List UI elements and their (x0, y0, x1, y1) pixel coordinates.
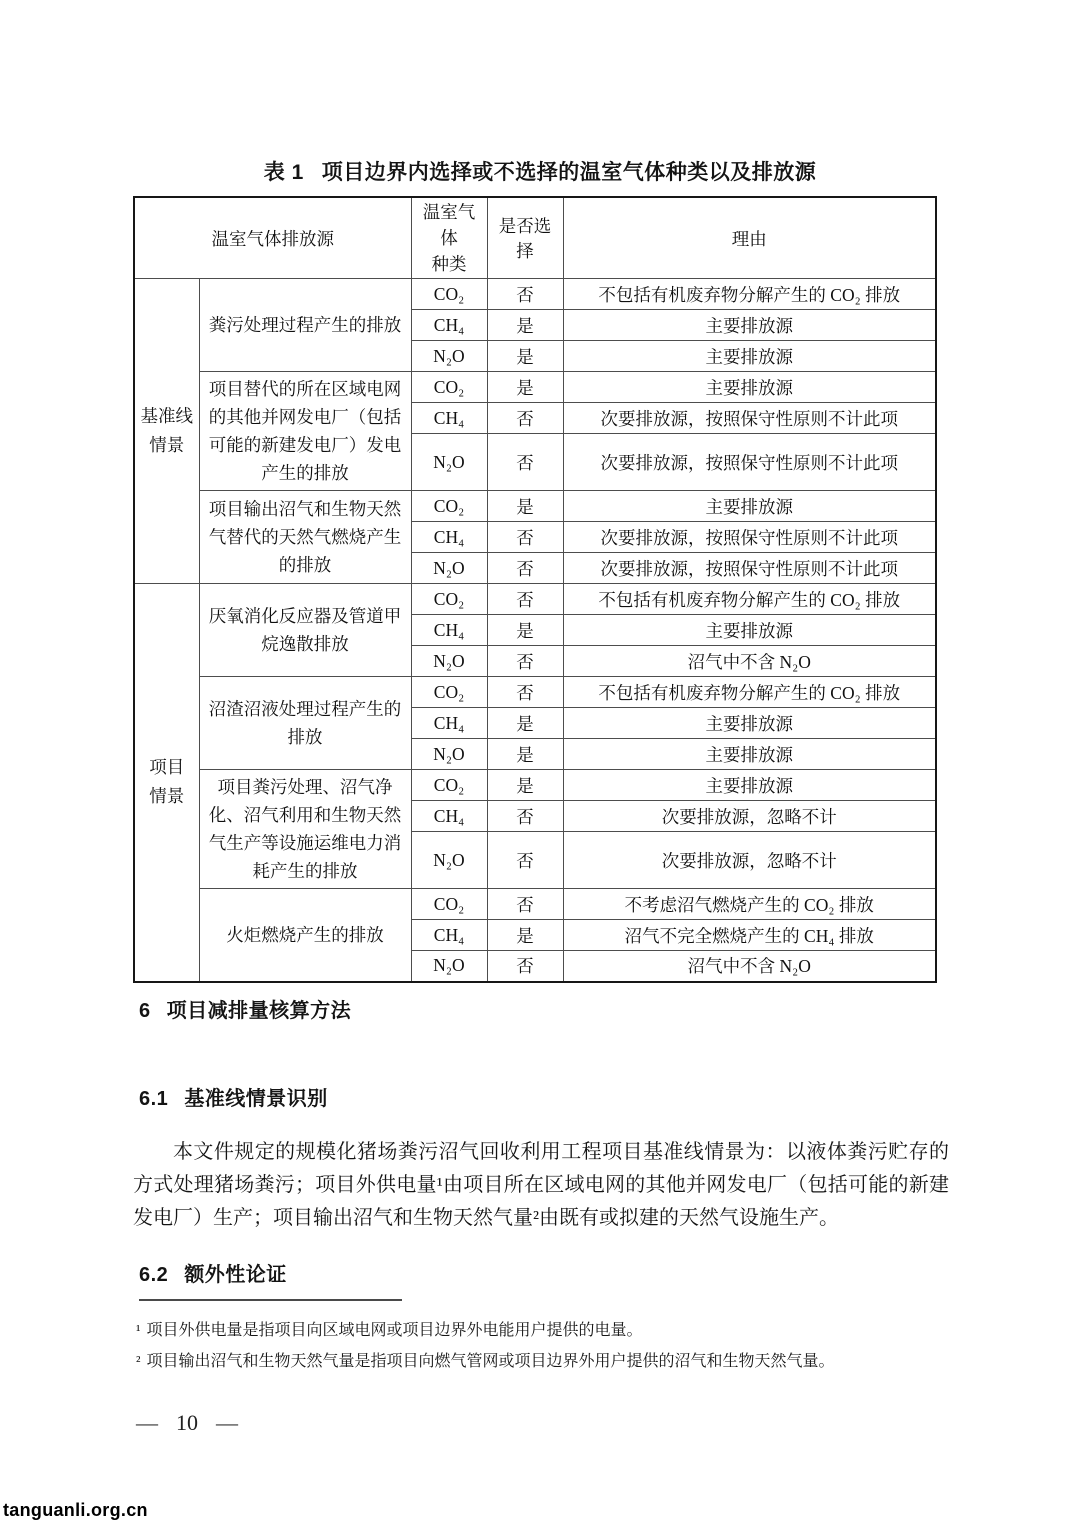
page-number-dash-right: — (216, 1410, 238, 1435)
watermark-site-url: tanguanli.org.cn (3, 1500, 148, 1521)
reason-cell: 次要排放源，按照保守性原则不计此项 (563, 522, 936, 553)
selected-cell: 否 (487, 403, 563, 434)
table-row: 项目 情景 厌氧消化反应器及管道甲烷逸散排放 CO₂ 否 不包括有机废弃物分解产… (134, 584, 936, 615)
source-cell: 项目替代的所在区域电网的其他并网发电厂（包括可能的新建发电厂）发电产生的排放 (199, 372, 411, 491)
footnote-marker: ¹ (136, 1323, 141, 1339)
gas-cell: N₂O (411, 434, 487, 491)
section-heading-6: 6项目减排量核算方法 (139, 994, 351, 1023)
reason-cell: 主要排放源 (563, 491, 936, 522)
gas-cell: CH₄ (411, 708, 487, 739)
col-header-reason: 理由 (563, 197, 936, 279)
selected-cell: 否 (487, 677, 563, 708)
selected-cell: 否 (487, 279, 563, 310)
table-caption-label: 表 1 (264, 161, 304, 184)
gas-cell: CH₄ (411, 920, 487, 951)
footnote-marker: ² (136, 1354, 141, 1370)
baseline-scenario-paragraph: 本文件规定的规模化猪场粪污沼气回收利用工程项目基准线情景为：以液体粪污贮存的方式… (133, 1136, 949, 1235)
page-number-dash-left: — (136, 1410, 158, 1435)
reason-cell: 主要排放源 (563, 372, 936, 403)
selected-cell: 否 (487, 584, 563, 615)
reason-cell: 次要排放源，按照保守性原则不计此项 (563, 403, 936, 434)
gas-cell: CH₄ (411, 801, 487, 832)
reason-cell: 主要排放源 (563, 708, 936, 739)
gas-cell: CO₂ (411, 372, 487, 403)
gas-cell: N₂O (411, 832, 487, 889)
reason-cell: 主要排放源 (563, 739, 936, 770)
reason-cell: 沼气中不含 N₂O (563, 646, 936, 677)
table-caption: 表 1项目边界内选择或不选择的温室气体种类以及排放源 (0, 156, 1080, 186)
reason-cell: 沼气不完全燃烧产生的 CH₄ 排放 (563, 920, 936, 951)
selected-cell: 是 (487, 708, 563, 739)
section-number: 6.1 (139, 1088, 168, 1110)
scenario-line: 基准线 (139, 402, 195, 431)
ghg-selection-table: 温室气体排放源 温室气体 种类 是否选择 理由 基准线 情景 粪污处理过程产生的… (133, 196, 937, 983)
reason-cell: 主要排放源 (563, 341, 936, 372)
table-row: 项目替代的所在区域电网的其他并网发电厂（包括可能的新建发电厂）发电产生的排放 C… (134, 372, 936, 403)
footnote-text: 项目输出沼气和生物天然气量是指项目向燃气管网或项目边界外用户提供的沼气和生物天然… (147, 1353, 835, 1370)
reason-cell: 主要排放源 (563, 770, 936, 801)
selected-cell: 是 (487, 770, 563, 801)
selected-cell: 是 (487, 341, 563, 372)
col-header-gas: 温室气体 种类 (411, 197, 487, 279)
gas-cell: CO₂ (411, 584, 487, 615)
table-row: 火炬燃烧产生的排放 CO₂ 否 不考虑沼气燃烧产生的 CO₂ 排放 (134, 889, 936, 920)
reason-cell: 次要排放源，按照保守性原则不计此项 (563, 553, 936, 584)
gas-cell: N₂O (411, 553, 487, 584)
selected-cell: 是 (487, 491, 563, 522)
gas-cell: N₂O (411, 951, 487, 982)
page-number-value: 10 (176, 1410, 198, 1435)
section-heading-6-1: 6.1基准线情景识别 (139, 1082, 328, 1111)
header-row: 温室气体排放源 温室气体 种类 是否选择 理由 (134, 197, 936, 279)
gas-cell: CH₄ (411, 615, 487, 646)
selected-cell: 否 (487, 801, 563, 832)
gas-cell: CH₄ (411, 522, 487, 553)
table-row: 项目粪污处理、沼气净化、沼气利用和生物天然气生产等设施运维电力消耗产生的排放 C… (134, 770, 936, 801)
reason-cell: 次要排放源，按照保守性原则不计此项 (563, 434, 936, 491)
footnote-divider (139, 1299, 402, 1301)
source-cell: 项目输出沼气和生物天然气替代的天然气燃烧产生的排放 (199, 491, 411, 584)
footnote-2: ²项目输出沼气和生物天然气量是指项目向燃气管网或项目边界外用户提供的沼气和生物天… (136, 1351, 936, 1373)
table-caption-text: 项目边界内选择或不选择的温室气体种类以及排放源 (322, 161, 817, 184)
selected-cell: 否 (487, 553, 563, 584)
scenario-cell-baseline: 基准线 情景 (134, 279, 199, 584)
gas-cell: CO₂ (411, 677, 487, 708)
selected-cell: 是 (487, 920, 563, 951)
scenario-line: 项目 (139, 753, 195, 782)
gas-cell: CO₂ (411, 491, 487, 522)
col-header-gas-line2: 种类 (416, 251, 483, 277)
reason-cell: 不包括有机废弃物分解产生的 CO₂ 排放 (563, 584, 936, 615)
scenario-line: 情景 (139, 782, 195, 811)
reason-cell: 次要排放源，忽略不计 (563, 801, 936, 832)
gas-cell: CH₄ (411, 310, 487, 341)
reason-cell: 不包括有机废弃物分解产生的 CO₂ 排放 (563, 279, 936, 310)
selected-cell: 是 (487, 372, 563, 403)
reason-cell: 不包括有机废弃物分解产生的 CO₂ 排放 (563, 677, 936, 708)
reason-cell: 主要排放源 (563, 310, 936, 341)
source-cell: 项目粪污处理、沼气净化、沼气利用和生物天然气生产等设施运维电力消耗产生的排放 (199, 770, 411, 889)
gas-cell: CH₄ (411, 403, 487, 434)
gas-cell: CO₂ (411, 279, 487, 310)
reason-cell: 主要排放源 (563, 615, 936, 646)
gas-cell: N₂O (411, 341, 487, 372)
col-header-gas-line1: 温室气体 (416, 199, 483, 251)
source-cell: 沼渣沼液处理过程产生的排放 (199, 677, 411, 770)
selected-cell: 否 (487, 889, 563, 920)
gas-cell: N₂O (411, 739, 487, 770)
footnote-1: ¹项目外供电量是指项目向区域电网或项目边界外电能用户提供的电量。 (136, 1320, 936, 1342)
table-row: 沼渣沼液处理过程产生的排放 CO₂ 否 不包括有机废弃物分解产生的 CO₂ 排放 (134, 677, 936, 708)
section-title: 项目减排量核算方法 (167, 1000, 352, 1022)
scenario-line: 情景 (139, 431, 195, 460)
table-row: 项目输出沼气和生物天然气替代的天然气燃烧产生的排放 CO₂ 是 主要排放源 (134, 491, 936, 522)
col-header-source: 温室气体排放源 (134, 197, 411, 279)
document-page: 表 1项目边界内选择或不选择的温室气体种类以及排放源 温室气体排放源 温室气体 … (0, 0, 1080, 1528)
source-cell: 粪污处理过程产生的排放 (199, 279, 411, 372)
selected-cell: 是 (487, 739, 563, 770)
col-header-selected: 是否选择 (487, 197, 563, 279)
gas-cell: CO₂ (411, 889, 487, 920)
source-cell: 火炬燃烧产生的排放 (199, 889, 411, 982)
section-number: 6.2 (139, 1264, 168, 1286)
selected-cell: 是 (487, 310, 563, 341)
selected-cell: 否 (487, 434, 563, 491)
gas-cell: N₂O (411, 646, 487, 677)
selected-cell: 是 (487, 615, 563, 646)
section-title: 基准线情景识别 (184, 1088, 328, 1110)
scenario-cell-project: 项目 情景 (134, 584, 199, 982)
selected-cell: 否 (487, 832, 563, 889)
selected-cell: 否 (487, 951, 563, 982)
ghg-table-wrapper: 温室气体排放源 温室气体 种类 是否选择 理由 基准线 情景 粪污处理过程产生的… (133, 196, 937, 983)
table-row: 基准线 情景 粪污处理过程产生的排放 CO₂ 否 不包括有机废弃物分解产生的 C… (134, 279, 936, 310)
source-cell: 厌氧消化反应器及管道甲烷逸散排放 (199, 584, 411, 677)
section-heading-6-2: 6.2额外性论证 (139, 1258, 287, 1287)
reason-cell: 沼气中不含 N₂O (563, 951, 936, 982)
reason-cell: 不考虑沼气燃烧产生的 CO₂ 排放 (563, 889, 936, 920)
page-number: —10— (136, 1410, 238, 1436)
gas-cell: CO₂ (411, 770, 487, 801)
section-number: 6 (139, 1000, 151, 1022)
section-title: 额外性论证 (184, 1264, 287, 1286)
selected-cell: 否 (487, 646, 563, 677)
reason-cell: 次要排放源，忽略不计 (563, 832, 936, 889)
footnote-text: 项目外供电量是指项目向区域电网或项目边界外电能用户提供的电量。 (147, 1322, 643, 1339)
selected-cell: 否 (487, 522, 563, 553)
